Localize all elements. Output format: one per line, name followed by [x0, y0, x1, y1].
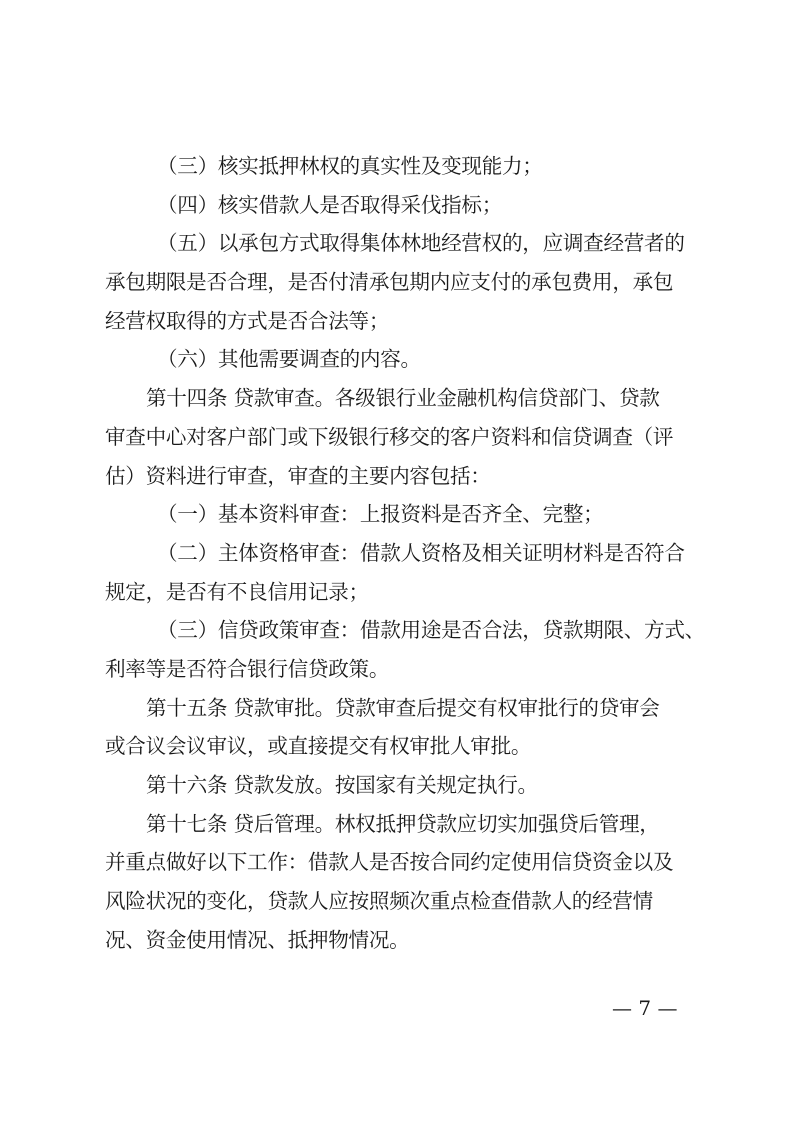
page-number: — 7 — — [612, 996, 677, 1020]
list-item-verify-collateral: （三）核实抵押林权的真实性及变现能力； — [105, 147, 702, 186]
paragraph-line: 承包期限是否合理，是否付清承包期内应支付的承包费用，承包 — [105, 263, 702, 302]
paragraph-line: 规定，是否有不良信用记录； — [105, 573, 702, 612]
list-item-basic-review: （一）基本资料审查：上报资料是否齐全、完整； — [105, 495, 702, 534]
list-item-qualification-review: （二）主体资格审查：借款人资格及相关证明材料是否符合 — [105, 534, 702, 573]
article-14-heading: 第十四条 贷款审查。各级银行业金融机构信贷部门、贷款 — [105, 379, 702, 418]
paragraph-line: 利率等是否符合银行信贷政策。 — [105, 650, 702, 689]
list-item-contract-management: （五）以承包方式取得集体林地经营权的，应调查经营者的 — [105, 224, 702, 263]
document-page: （三）核实抵押林权的真实性及变现能力； （四）核实借款人是否取得采伐指标； （五… — [105, 147, 702, 959]
paragraph-line: 或合议会议审议，或直接提交有权审批人审批。 — [105, 727, 702, 766]
paragraph-line: 风险状况的变化，贷款人应按照频次重点检查借款人的经营情 — [105, 882, 702, 921]
article-16-heading: 第十六条 贷款发放。按国家有关规定执行。 — [105, 766, 702, 805]
list-item-other-content: （六）其他需要调查的内容。 — [105, 340, 702, 379]
list-item-policy-review: （三）信贷政策审查：借款用途是否合法，贷款期限、方式、 — [105, 611, 702, 650]
paragraph-line: 况、资金使用情况、抵押物情况。 — [105, 921, 702, 960]
list-item-verify-logging-quota: （四）核实借款人是否取得采伐指标； — [105, 186, 702, 225]
article-17-heading: 第十七条 贷后管理。林权抵押贷款应切实加强贷后管理， — [105, 805, 702, 844]
paragraph-line: 估）资料进行审查，审查的主要内容包括： — [105, 457, 702, 496]
paragraph-line: 经营权取得的方式是否合法等； — [105, 302, 702, 341]
paragraph-line: 并重点做好以下工作：借款人是否按合同约定使用信贷资金以及 — [105, 843, 702, 882]
paragraph-line: 审查中心对客户部门或下级银行移交的客户资料和信贷调查（评 — [105, 418, 702, 457]
article-15-heading: 第十五条 贷款审批。贷款审查后提交有权审批行的贷审会 — [105, 689, 702, 728]
